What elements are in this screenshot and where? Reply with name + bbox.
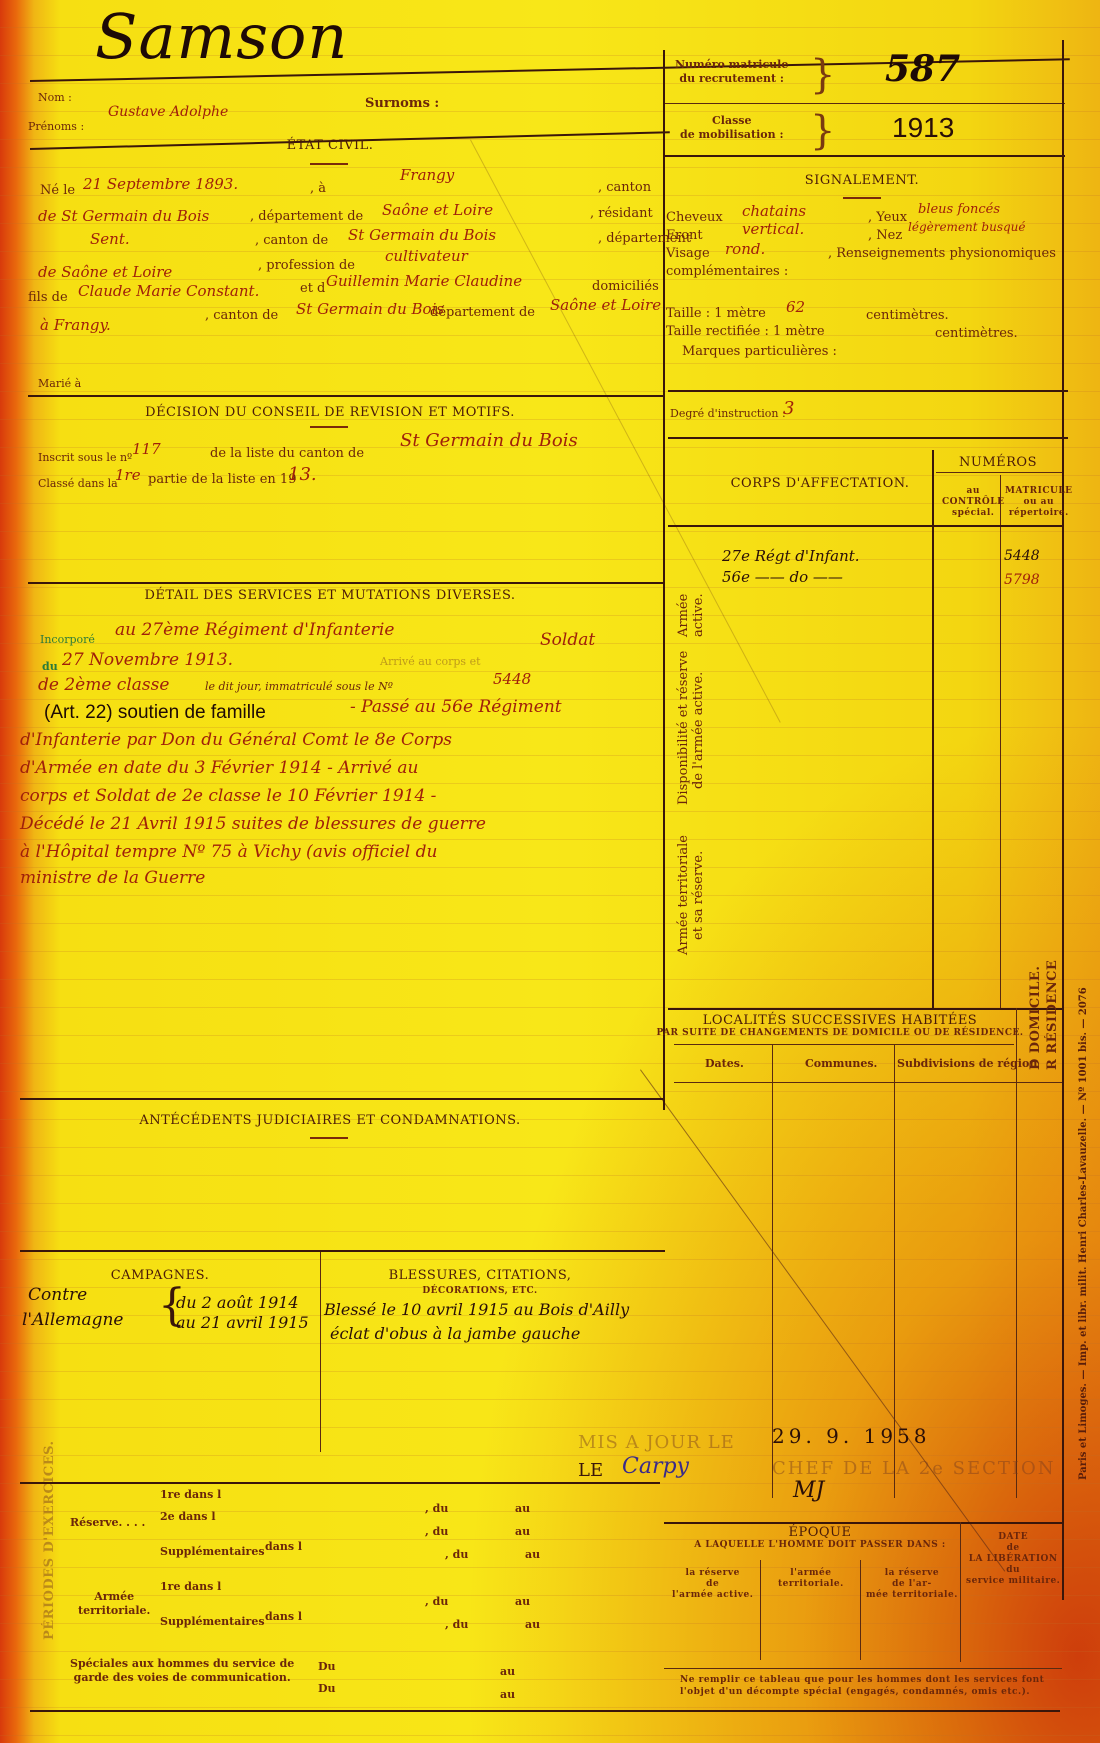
canton-label: , canton [598,180,651,195]
classe-label: Classe de mobilisation : [680,114,784,142]
front-label: Front [666,228,703,243]
matricule-value: 587 [885,48,960,90]
residence-label: R RÉSIDENCE [1045,1005,1060,1070]
periodes-side-label: PÉRIODES D'EXERCICES. [42,1490,57,1640]
col-divider [960,1522,961,1662]
au-label: au [500,1665,515,1678]
territoriale-1re: 1re dans l [160,1580,221,1593]
classe-dans-label: Classé dans la [38,477,118,490]
rule [665,103,1065,104]
du-label: du [42,660,58,673]
centimetres2-label: centimètres. [935,326,1018,341]
reserve-label: Réserve. . . . [70,1516,145,1529]
cheveux-value: chatains [742,202,806,220]
birth-place: Frangy [400,166,454,184]
rule [20,1250,665,1252]
campagne-du: du 2 août 1914 [176,1293,299,1312]
col-divider [932,450,934,1010]
reserve-supp: Supplémentaires [160,1545,265,1558]
centimetres-label: centimètres. [866,308,949,323]
ne-le-value: 21 Septembre 1893. [83,175,238,193]
col-matricule: MATRICULE ou au répertoire. [1005,486,1073,519]
taille-label: Taille : 1 mètre [666,306,766,321]
et-de-label: et d [300,281,325,296]
du-label: , du [425,1502,448,1515]
brace-icon: } [810,52,835,98]
col-controle: au CONTRÔLE spécial. [942,486,1004,519]
printer-imprint: Paris et Limoges. — Imp. et libr. milit.… [1078,1020,1089,1480]
surnoms-label: Surnoms : [365,96,439,111]
du-label: , du [425,1525,448,1538]
visage-label: Visage [666,246,710,261]
main-divider [663,50,665,1110]
nez-label: , Nez [868,228,902,243]
corps-title: CORPS D'AFFECTATION. [731,476,910,491]
departement2-value: de Saône et Loire [38,263,172,281]
du-label: , du [445,1618,468,1631]
localites-subtitle: PAR SUITE DE CHANGEMENTS DE DOMICILE OU … [656,1028,1023,1038]
rule [664,1668,1062,1669]
canton3-value: St Germain du Bois [296,300,444,318]
immatricule-value: 5448 [493,670,531,688]
blessure-line-1: Blessé le 10 avril 1915 au Bois d'Ailly [324,1300,629,1319]
yeux-label: , Yeux [868,210,907,225]
services-title: DÉTAIL DES SERVICES ET MUTATIONS DIVERSE… [144,588,515,603]
au-label: au [525,1548,540,1561]
brace-icon: } [810,108,835,154]
yeux-value: bleus foncés [918,202,1000,217]
prenoms-label: Prénoms : [28,120,84,133]
epoque-col-3: la réservede l'ar-mée territoriale. [866,1568,958,1601]
divider [310,1137,348,1139]
campagne-lieu-1: Contre [28,1285,87,1305]
canton-de-value: St Germain du Bois [348,226,496,244]
rule [30,1710,1060,1712]
mere-value: Guillemin Marie Claudine [326,272,522,290]
nom-label: Nom : [38,91,72,104]
blessure-line-2: éclat d'obus à la jambe gauche [330,1324,580,1343]
partie-value: 13. [288,464,317,485]
renseignements-label: , Renseignements physionomiques [828,246,1056,261]
taille-rectifiee-label: Taille rectifiée : 1 mètre [666,324,825,339]
col-divider [760,1560,761,1660]
departement-label: , département de [250,209,363,224]
rule [668,390,1068,392]
au-label: au [515,1595,530,1608]
matricule-label: Numéro matricule du recrutement : [675,58,788,86]
col-dates: Dates. [705,1057,744,1070]
numeros-title: NUMÉROS [959,455,1037,470]
le-label: LE [578,1460,603,1481]
profession-value: cultivateur [385,247,468,265]
taille-value: 62 [786,298,805,316]
matricule-entry-1: 5448 [1004,548,1040,564]
canton-de-label: , canton de [255,233,328,248]
departement3-label: département de [430,305,535,320]
territoriale-supp: Supplémentaires [160,1615,265,1628]
rule [20,1098,665,1100]
epoque-col-2: l'arméeterritoriale. [778,1568,844,1590]
col-divider [1000,475,1001,1010]
service-line-9: à l'Hôpital tempre Nº 75 à Vichy (avis o… [20,842,437,862]
campagne-au: au 21 avril 1915 [176,1313,309,1332]
rule [936,472,1062,473]
du-label: , du [445,1548,468,1561]
profession-label: , profession de [258,258,355,273]
campagne-lieu-2: l'Allemagne [22,1310,123,1330]
chef-section-label: CHEF DE LA 2e SECTION [772,1458,1055,1479]
service-line-7: corps et Soldat de 2e classe le 10 Févri… [20,786,436,806]
service-line-3: de 2ème classe [38,675,169,695]
service-line-8: Décédé le 21 Avril 1915 suites de blessu… [20,814,486,834]
right-border [1062,40,1064,1600]
nez-value: légèrement busqué [908,220,1026,234]
epoque-col-1: la réservedel'armée active. [672,1568,753,1601]
antecedents-title: ANTÉCÉDENTS JUDICIAIRES ET CONDAMNATIONS… [139,1113,520,1128]
rule [674,1044,1014,1045]
au-label: au [515,1525,530,1538]
surname-handwritten: Samson [95,0,348,73]
au-label: au [525,1618,540,1631]
col-divider [320,1252,321,1452]
instruction-value: 3 [783,398,794,419]
reserve-2e: 2e dans l [160,1510,216,1523]
signature: MJ [793,1478,824,1503]
arrive-faded: Arrivé au corps et [380,655,481,668]
matricule-entry-2: 5798 [1004,572,1040,588]
pere-value: Claude Marie Constant. [78,282,259,300]
divider [843,197,881,199]
article-22-stamp: (Art. 22) soutien de famille [44,702,266,724]
domicilies-label: domiciliés [592,279,659,294]
du-label: , du [425,1595,448,1608]
liste-canton-label: de la liste du canton de [210,446,364,461]
au-label: au [500,1688,515,1701]
territoriale-label: Arméeterritoriale. [78,1590,150,1618]
residant-label: , résidant [590,206,653,221]
domicile-label: D DOMICILE. [1028,1005,1043,1070]
departement3-value: Saône et Loire [550,296,661,314]
front-value: vertical. [742,220,804,238]
du-cap-label: Du [318,1682,336,1695]
decision-title: DÉCISION DU CONSEIL DE REVISION ET MOTIF… [145,405,515,420]
classe-value: 1913 [892,112,954,144]
col-communes: Communes. [805,1057,877,1070]
date-liberation: DATEdeLA LIBÉRATIONduservice militaire. [966,1532,1060,1587]
divider [310,163,348,165]
rule [674,1082,1062,1083]
col-subdivisions: Subdivisions de région [897,1057,1037,1070]
col-divider [860,1560,861,1660]
au-label: au [515,1502,530,1515]
section-disponibilite: Disponibilité et réservede l'armée activ… [676,655,706,805]
departement-value: Saône et Loire [382,201,493,219]
partie-label: partie de la liste en 19 [148,472,296,487]
service-line-4: - Passé au 56e Régiment [350,697,562,717]
a-label: , à [310,181,326,196]
mis-a-jour-label: MIS A JOUR LE [578,1432,735,1453]
inscrit-value: 117 [132,440,161,458]
inscrit-label: Inscrit sous le nº [38,451,132,464]
service-line-2: 27 Novembre 1913. [62,650,233,670]
reserve-1re: 1re dans l [160,1488,221,1501]
incorpore-label: Incorporé [40,633,95,646]
rule [668,525,1062,527]
service-line-10: ministre de la Guerre [20,868,205,888]
fils-label: fils de [28,290,68,305]
territoriale-supp-dans: dans l [265,1610,302,1623]
canton-value: de St Germain du Bois [38,207,209,225]
localites-title: LOCALITÉS SUCCESSIVES HABITÉES [703,1013,977,1028]
epoque-note: Ne remplir ce tableau que pour les homme… [680,1674,1044,1698]
speciales-label: Spéciales aux hommes du service degarde … [70,1657,294,1685]
epoque-subtitle: A LAQUELLE L'HOMME DOIT PASSER DANS : [694,1540,946,1550]
immatricule-label: le dit jour, immatriculé sous le Nº [205,680,393,693]
rule [20,1482,660,1484]
du-cap-label: Du [318,1660,336,1673]
mis-a-jour-date: 29. 9. 1958 [772,1424,931,1448]
service-line-1: au 27ème Régiment d'Infanterie [115,620,394,640]
marie-label: Marié à [38,377,81,390]
divider [310,426,348,428]
military-register-page: Samson Nom : Prénoms : Gustave Adolphe S… [0,0,1100,1743]
section-territoriale: Armée territorialeet sa réserve. [676,820,706,970]
classe-dans-value: 1re [115,466,141,484]
etat-civil-title: ÉTAT CIVIL. [287,138,374,153]
visage-value: rond. [725,240,765,258]
rule [664,1522,1062,1524]
liste-canton-value: St Germain du Bois [400,430,578,451]
blessures-subtitle: DÉCORATIONS, ETC. [422,1286,537,1296]
reserve-supp-dans: dans l [265,1540,302,1553]
corps-entry-2: 56e —— do —— [722,568,843,586]
rule [668,437,1068,439]
corps-entry-1: 27e Régt d'Infant. [722,547,860,565]
instruction-label: Degré d'instruction : [670,407,786,420]
residant-value: Sent. [90,230,130,248]
epoque-title: ÉPOQUE [789,1525,852,1540]
blessures-title: BLESSURES, CITATIONS, [389,1268,572,1283]
rule [665,155,1065,157]
cheveux-label: Cheveux [666,210,723,225]
service-line-6: d'Armée en date du 3 Février 1914 - Arri… [20,758,418,778]
canton3-label: , canton de [205,308,278,323]
marques-label: Marques particulières : [682,344,837,359]
soldat-value: Soldat [540,630,595,650]
prenoms-value: Gustave Adolphe [108,104,228,120]
service-line-5: d'Infanterie par Don du Général Comt le … [20,730,452,750]
signalement-title: SIGNALEMENT. [805,173,919,188]
complementaires-label: complémentaires : [666,264,788,279]
domicile-value: à Frangy. [40,316,111,334]
rule [668,1008,1062,1010]
ne-le-label: Né le [40,183,75,198]
mise-a-jour-lieu: Carpy [622,1454,689,1479]
rule [28,582,663,584]
rule [28,395,663,397]
